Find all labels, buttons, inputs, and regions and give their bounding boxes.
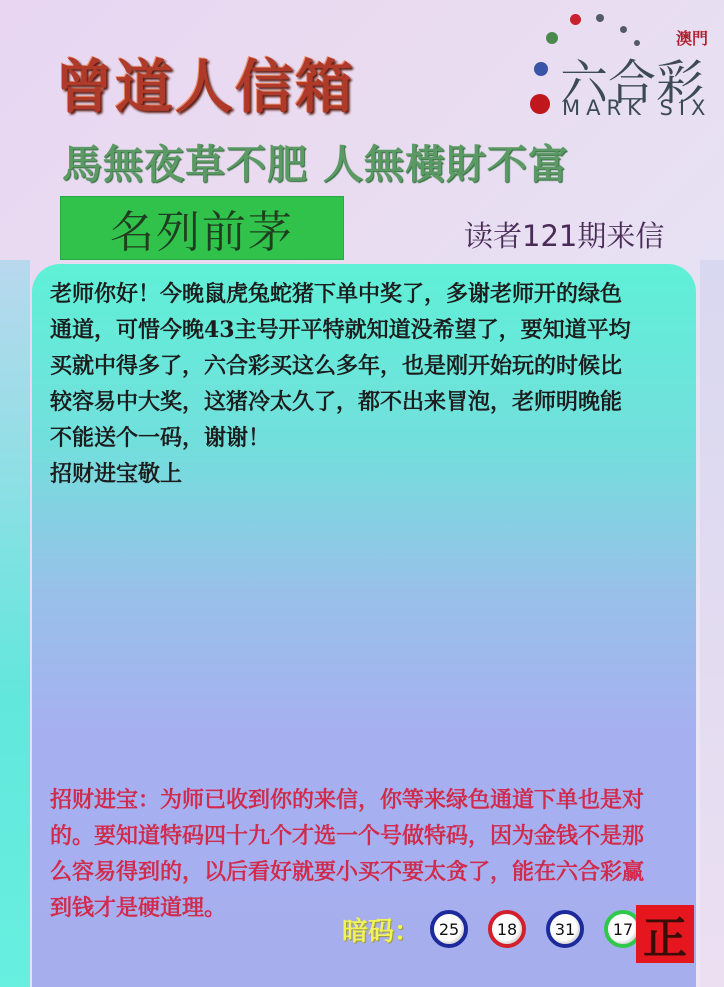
- logo-dot-icon: [620, 26, 627, 33]
- logo-dot-icon: [596, 14, 604, 22]
- issue-label: 读者121期来信: [464, 214, 664, 255]
- secret-code-label: 暗码：: [342, 911, 420, 948]
- letter-line: 老师你好！今晚鼠虎兔蛇猪下单中奖了，多谢老师开的绿色: [50, 276, 686, 312]
- left-decor-strip: [0, 260, 30, 987]
- number-ball: 25: [430, 910, 468, 948]
- logo-brand-en: MARK SIX: [562, 96, 711, 120]
- letter-signature: 招财进宝敬上: [50, 456, 686, 492]
- slogan: 馬無夜草不肥 人無橫財不富: [62, 133, 569, 190]
- logo-dot-icon: [534, 62, 548, 76]
- letter-card: 老师你好！今晚鼠虎兔蛇猪下单中奖了，多谢老师开的绿色 通道，可惜今晚43主号开平…: [32, 264, 696, 987]
- reader-letter: 老师你好！今晚鼠虎兔蛇猪下单中奖了，多谢老师开的绿色 通道，可惜今晚43主号开平…: [50, 276, 686, 492]
- logo-dot-icon: [546, 32, 558, 44]
- reply-line: 招财进宝：为师已收到你的来信，你等来绿色通道下单也是对: [50, 782, 686, 818]
- logo-dot-icon: [530, 94, 550, 114]
- logo-dot-icon: [570, 14, 581, 25]
- letter-line: 不能送个一码，谢谢！: [50, 420, 686, 456]
- mark-six-logo: 澳門 六合彩 MARK SIX: [528, 8, 718, 120]
- rank-badge: 名列前茅: [60, 196, 344, 260]
- master-reply: 招财进宝：为师已收到你的来信，你等来绿色通道下单也是对 的。要知道特码四十九个才…: [50, 782, 686, 926]
- number-ball: 31: [546, 910, 584, 948]
- letter-line: 买就中得多了，六合彩买这么多年，也是刚开始玩的时候比: [50, 348, 686, 384]
- rank-badge-label: 名列前茅: [110, 196, 294, 260]
- number-ball: 18: [488, 910, 526, 948]
- secret-code-row: 暗码： 25 18 31 17: [342, 910, 662, 948]
- reply-line: 么容易得到的，以后看好就要小买不要太贪了，能在六合彩赢: [50, 854, 686, 890]
- letter-line: 通道，可惜今晚43主号开平特就知道没希望了，要知道平均: [50, 312, 686, 348]
- reply-line: 的。要知道特码四十九个才选一个号做特码，因为金钱不是那: [50, 818, 686, 854]
- right-decor-strip: [700, 260, 724, 987]
- letter-line: 较容易中大奖，这猪冷太久了，都不出来冒泡，老师明晚能: [50, 384, 686, 420]
- zheng-stamp: 正: [636, 905, 694, 963]
- page-title: 曾道人信箱: [55, 40, 355, 124]
